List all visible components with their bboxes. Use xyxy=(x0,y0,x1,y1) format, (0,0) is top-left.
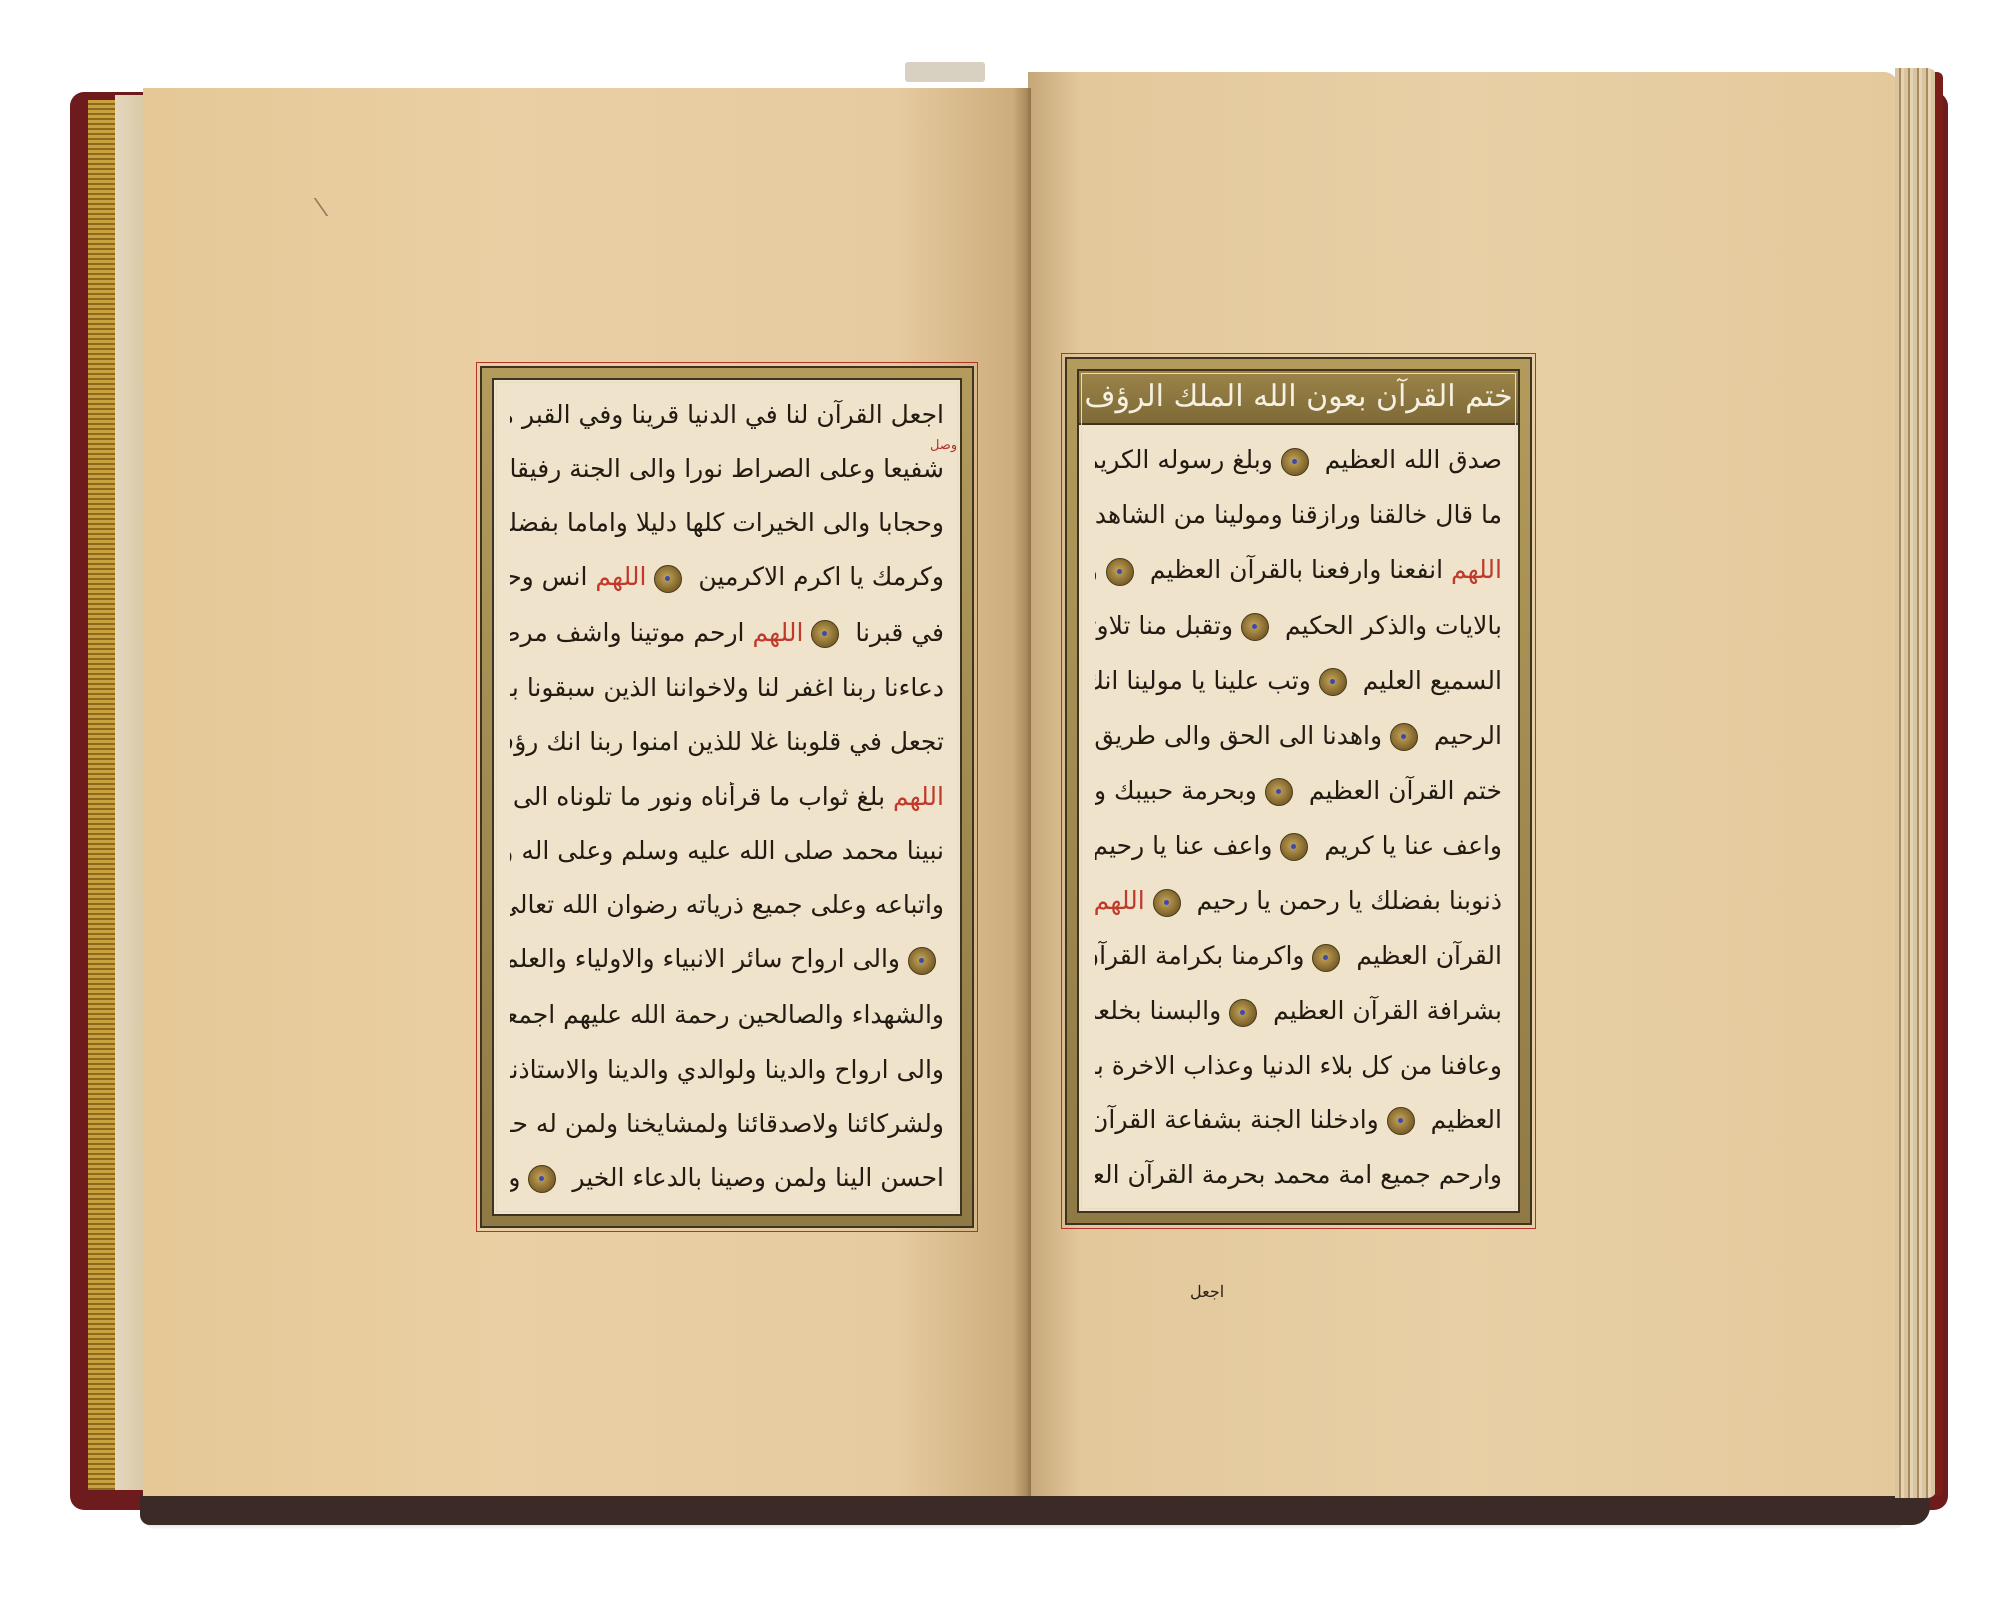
line-text: وكرمك يا اكرم الاكرمين xyxy=(690,562,944,591)
text-line: بالايات والذكر الحكيم وتقبل منا تلاوته ا… xyxy=(1095,611,1502,642)
line-text: وعافنا من كل بلاء الدنيا وعذاب الاخرة بح… xyxy=(1095,1051,1502,1080)
line-text: وحجابا والى الخيرات كلها دليلا واماما بف… xyxy=(510,508,944,537)
verse-rosette-icon xyxy=(1241,613,1269,641)
text-line: القرآن العظيم واكرمنا بكرامة القرآن العظ… xyxy=(1095,941,1502,972)
verse-rosette-icon xyxy=(654,565,682,593)
line-text: وتقبل منا تلاوته انك انت xyxy=(1095,611,1233,640)
text-line: وحجابا والى الخيرات كلها دليلا واماما بف… xyxy=(510,508,944,537)
page-block-edge xyxy=(1895,68,1937,1498)
verse-rosette-icon xyxy=(908,947,936,975)
text-line: ذنوبنا بفضلك يا رحمن يا رحيم اللهم زينا … xyxy=(1095,886,1502,917)
verse-rosette-icon xyxy=(1280,833,1308,861)
rubric-text: اللهم xyxy=(1095,886,1145,915)
line-text: ما قال خالقنا ورازقنا ومولينا من الشاهدي… xyxy=(1095,500,1502,529)
text-line: اللهم انفعنا وارفعنا بالقرآن العظيم وبار… xyxy=(1095,555,1502,586)
catchword: اجعل xyxy=(1190,1282,1224,1301)
line-text: وبارك لنا xyxy=(1095,555,1098,584)
left-text-lines: اجعل القرآن لنا في الدنيا قرينا وفي القب… xyxy=(494,380,960,1214)
verse-rosette-icon xyxy=(1281,448,1309,476)
line-text: نبينا محمد صلى الله عليه وسلم وعلى اله و… xyxy=(510,836,944,865)
text-line: والى ارواح سائر الانبياء والاولياء والعل… xyxy=(510,944,944,975)
line-text: والى ارواح سائر الانبياء والاولياء والعل… xyxy=(510,944,900,973)
verse-rosette-icon xyxy=(1106,558,1134,586)
spine-headband xyxy=(905,62,985,82)
text-line: احسن الينا ولمن وصينا بالدعاء الخير والى… xyxy=(510,1163,944,1194)
text-line: والشهداء والصالحين رحمة الله عليهم اجمعي… xyxy=(510,1000,944,1031)
line-text: اجعل القرآن لنا في الدنيا قرينا وفي القب… xyxy=(510,400,944,429)
verse-rosette-icon xyxy=(1153,889,1181,917)
text-line: وكرمك يا اكرم الاكرمين اللهم انس وحشتنا xyxy=(510,562,944,593)
line-text: واكرمنا بكرامة القرآن العظيم xyxy=(1095,941,1304,970)
text-line: والى ارواح والدينا ولوالدي والدينا والاس… xyxy=(510,1055,944,1084)
line-text: واهدنا الى الحق والى طريق مستقيم xyxy=(1095,721,1382,750)
line-text: وبحرمة حبيبك ورسولك الكريم xyxy=(1095,776,1257,805)
flyleaf-edge xyxy=(115,95,145,1490)
verse-rosette-icon xyxy=(1390,723,1418,751)
gold-frame: اجعل القرآن لنا في الدنيا قرينا وفي القب… xyxy=(480,366,974,1228)
rubric-text: اللهم xyxy=(1443,555,1502,584)
text-line: نبينا محمد صلى الله عليه وسلم وعلى اله و… xyxy=(510,836,944,865)
line-text: وارحم جميع امة محمد بحرمة القرآن العظيم xyxy=(1095,1160,1502,1189)
verse-rosette-icon xyxy=(1387,1107,1415,1135)
verse-rosette-icon xyxy=(528,1165,556,1193)
line-text: بلغ ثواب ما قرأناه ونور ما تلوناه الى رو… xyxy=(510,782,885,811)
line-text: والى ارواح جميع xyxy=(510,1163,520,1192)
right-text-panel: ختم القرآن بعون الله الملك الرؤف صدق الل… xyxy=(1061,353,1536,1229)
verse-rosette-icon xyxy=(1319,668,1347,696)
text-line: العظيم وادخلنا الجنة بشفاعة القرآن العظي… xyxy=(1095,1105,1502,1136)
text-line: ختم القرآن العظيم وبحرمة حبيبك ورسولك ال… xyxy=(1095,776,1502,807)
gutter-shadow xyxy=(1013,88,1031,1496)
line-text: بالايات والذكر الحكيم xyxy=(1277,611,1502,640)
text-line: واتباعه وعلى جميع ذرياته رضوان الله تعال… xyxy=(510,890,944,919)
margin-note: وصل xyxy=(930,438,957,453)
verse-rosette-icon xyxy=(811,620,839,648)
right-text-lines: صدق الله العظيم وبلغ رسوله الكريم ونحن ع… xyxy=(1079,425,1518,1211)
line-text: انفعنا وارفعنا بالقرآن العظيم xyxy=(1142,555,1443,584)
text-block: ختم القرآن بعون الله الملك الرؤف صدق الل… xyxy=(1077,369,1520,1213)
line-text: السميع العليم xyxy=(1355,666,1502,695)
line-text: القرآن العظيم xyxy=(1348,941,1502,970)
line-text: والبسنا بخلعة القرآن العظيم xyxy=(1095,996,1221,1025)
text-line: ولشركائنا ولاصدقائنا ولمشايخنا ولمن له ح… xyxy=(510,1109,944,1138)
text-line: اللهم بلغ ثواب ما قرأناه ونور ما تلوناه … xyxy=(510,782,944,811)
gilt-spine-edge xyxy=(88,100,116,1490)
line-text: ذنوبنا بفضلك يا رحمن يا رحيم xyxy=(1189,886,1502,915)
line-text: العظيم xyxy=(1423,1105,1502,1134)
line-text: بشرافة القرآن العظيم xyxy=(1265,996,1502,1025)
cover-bottom-edge xyxy=(140,1495,1930,1525)
text-line: وارحم جميع امة محمد بحرمة القرآن العظيم … xyxy=(1095,1160,1502,1191)
line-text: دعاءنا ربنا اغفر لنا ولاخواننا الذين سبق… xyxy=(510,673,944,702)
line-text: وتب علينا يا مولينا انك انت التواب xyxy=(1095,666,1311,695)
text-line: دعاءنا ربنا اغفر لنا ولاخواننا الذين سبق… xyxy=(510,673,944,702)
text-line: واعف عنا يا كريم واعف عنا يا رحيم واغفر … xyxy=(1095,831,1502,862)
text-line: بشرافة القرآن العظيم والبسنا بخلعة القرآ… xyxy=(1095,996,1502,1027)
line-text: واتباعه وعلى جميع ذرياته رضوان الله تعال… xyxy=(510,890,944,919)
line-text: وادخلنا الجنة بشفاعة القرآن العظيم xyxy=(1095,1105,1379,1134)
verse-rosette-icon xyxy=(1229,999,1257,1027)
line-text: والى ارواح والدينا ولوالدي والدينا والاس… xyxy=(510,1055,944,1084)
line-text: واعف عنا يا رحيم xyxy=(1095,831,1272,860)
line-text: واعف عنا يا كريم xyxy=(1316,831,1502,860)
text-line: صدق الله العظيم وبلغ رسوله الكريم ونحن ع… xyxy=(1095,445,1502,476)
text-line: السميع العليم وتب علينا يا مولينا انك ان… xyxy=(1095,666,1502,697)
line-text: والشهداء والصالحين رحمة الله عليهم اجمعي… xyxy=(510,1000,944,1029)
cover-right-edge xyxy=(1935,72,1943,1497)
line-text: ختم القرآن العظيم xyxy=(1301,776,1502,805)
text-line: اجعل القرآن لنا في الدنيا قرينا وفي القب… xyxy=(510,400,944,429)
text-line: الرحيم واهدنا الى الحق والى طريق مستقيم … xyxy=(1095,721,1502,752)
verse-rosette-icon xyxy=(1265,778,1293,806)
left-text-panel: اجعل القرآن لنا في الدنيا قرينا وفي القب… xyxy=(476,362,978,1232)
rubric-text: اللهم xyxy=(587,562,646,591)
gold-frame: ختم القرآن بعون الله الملك الرؤف صدق الل… xyxy=(1065,357,1532,1225)
illuminated-header: ختم القرآن بعون الله الملك الرؤف xyxy=(1079,371,1518,425)
text-line: شفيعا وعلى الصراط نورا والى الجنة رفيقا … xyxy=(510,454,944,483)
line-text: الرحيم xyxy=(1426,721,1502,750)
rubric-text: اللهم xyxy=(885,782,944,811)
line-text: في قبرنا xyxy=(847,618,944,647)
rubric-text: اللهم xyxy=(745,618,804,647)
text-line: في قبرنا اللهم ارحم موتينا واشف مرضينا و… xyxy=(510,618,944,649)
line-text: ارحم موتينا واشف مرضينا واستجب xyxy=(510,618,745,647)
text-block: اجعل القرآن لنا في الدنيا قرينا وفي القب… xyxy=(492,378,962,1216)
line-text: تجعل في قلوبنا غلا للذين امنوا ربنا انك … xyxy=(510,727,944,756)
line-text: انس وحشتنا xyxy=(510,562,587,591)
line-text: احسن الينا ولمن وصينا بالدعاء الخير xyxy=(564,1163,944,1192)
verse-rosette-icon xyxy=(1312,944,1340,972)
line-text: صدق الله العظيم xyxy=(1317,445,1502,474)
line-text: ولشركائنا ولاصدقائنا ولمشايخنا ولمن له ح… xyxy=(510,1109,944,1138)
text-line: تجعل في قلوبنا غلا للذين امنوا ربنا انك … xyxy=(510,727,944,758)
text-line: وعافنا من كل بلاء الدنيا وعذاب الاخرة بح… xyxy=(1095,1051,1502,1080)
line-text: شفيعا وعلى الصراط نورا والى الجنة رفيقا … xyxy=(510,454,944,483)
line-text: وبلغ رسوله الكريم xyxy=(1095,445,1273,474)
text-line: ما قال خالقنا ورازقنا ومولينا من الشاهدي… xyxy=(1095,500,1502,531)
